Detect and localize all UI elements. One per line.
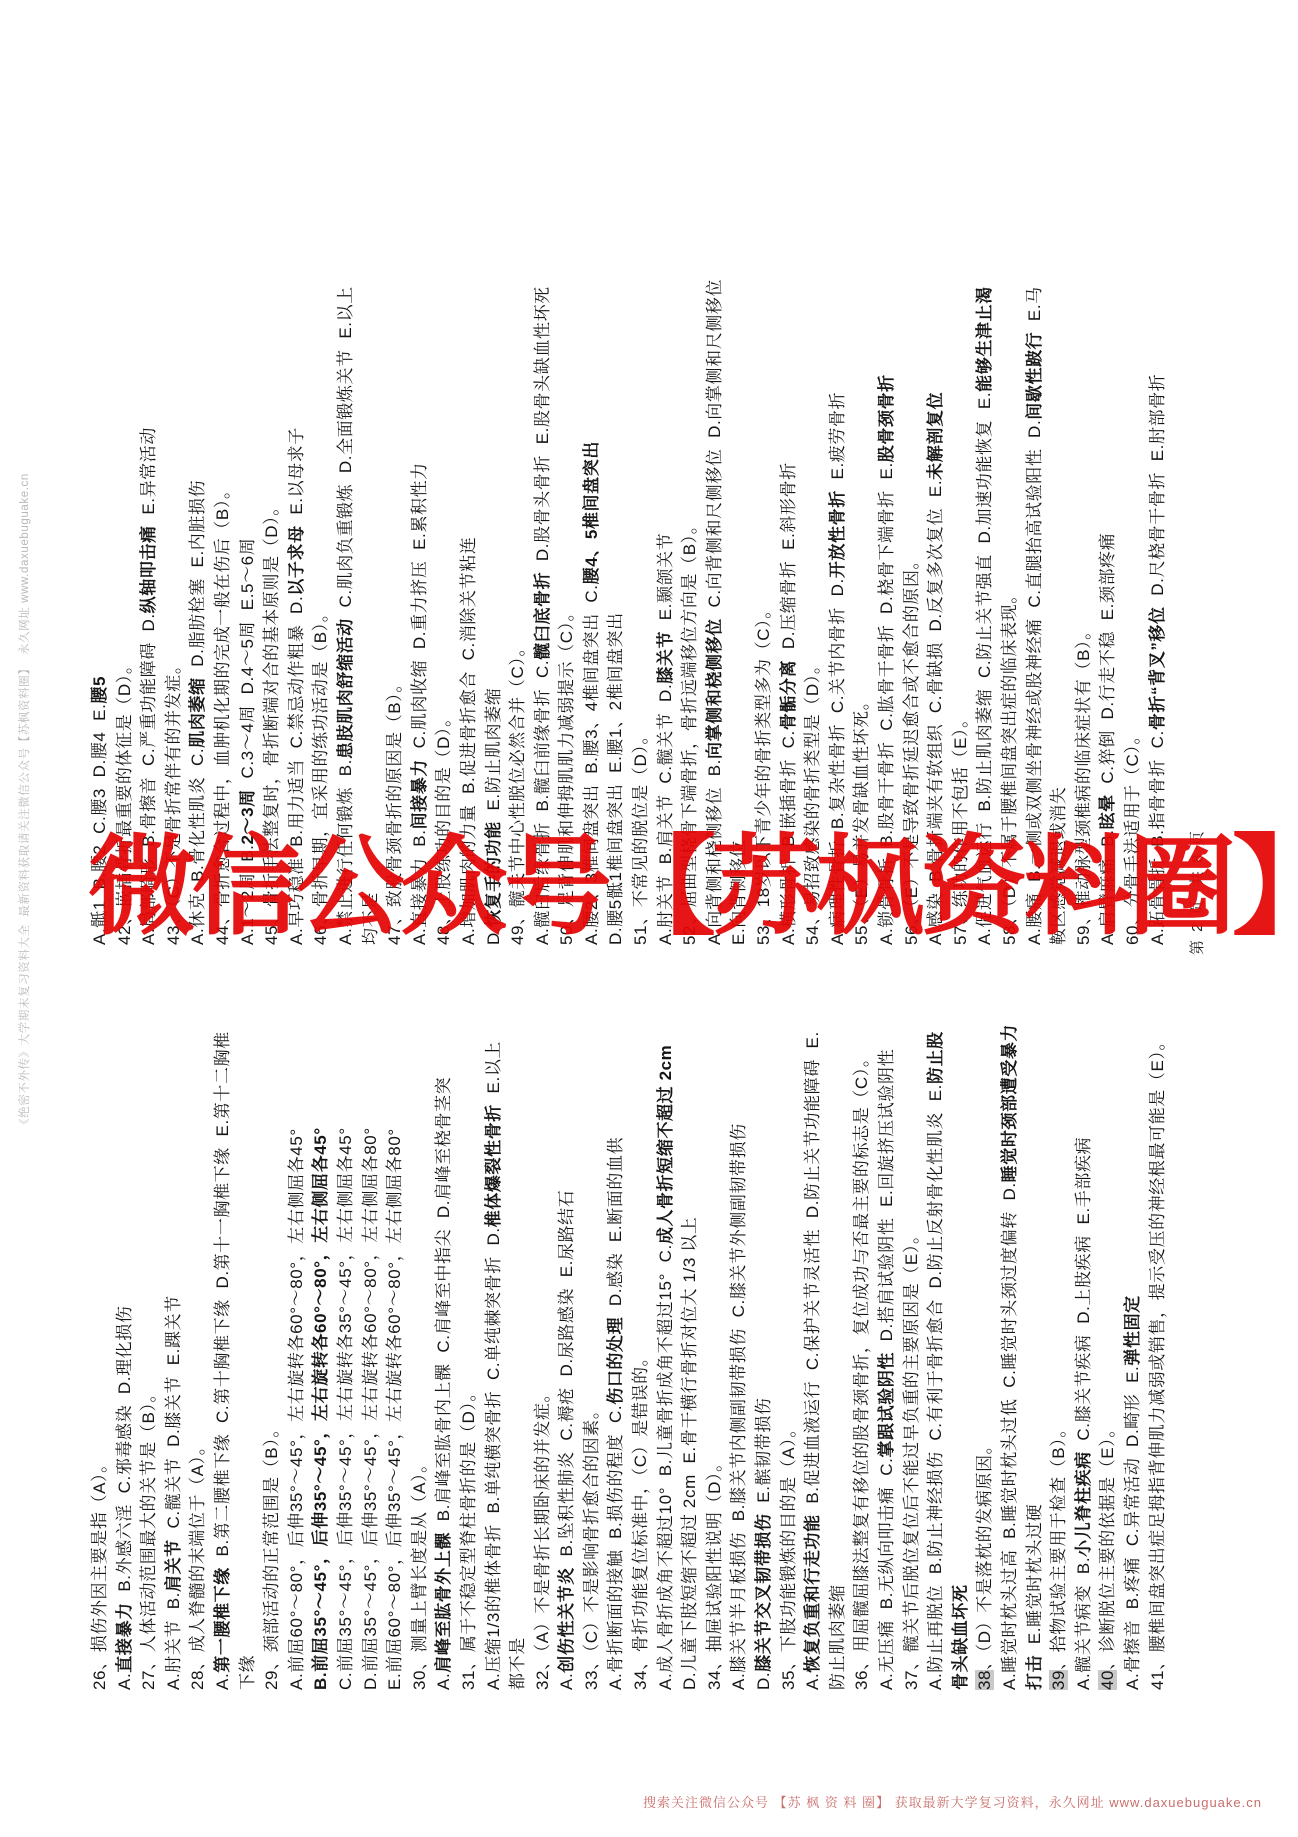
question-text: A.防止再脱位 B.防止神经损伤 C.有利于骨折愈合 D.防止反射骨化性肌炎 E… <box>926 1084 945 1690</box>
question-text: A. <box>557 1673 576 1690</box>
question-line: 36、用屈髋屈膝法整复有移位的股骨颈骨折，复位成功与否最主要的标志是（C）。 <box>850 1024 875 1690</box>
answer-text-bold: 睡觉时颈部遭受暴力 <box>1000 1024 1019 1182</box>
question-text: C.猝倒 D.行走不稳 E.颈部疼痛 <box>1098 533 1117 795</box>
question-text: 34、骨折功能复位标准中，（C）是错误的。 <box>631 1349 650 1690</box>
question-text: B.第二腰椎下缘 C.第十胸椎下缘 D.第十一胸椎下缘 E.第十二胸椎 <box>213 1031 232 1567</box>
question-line: 30、测量上臂长度是从（A）。 <box>408 1024 433 1690</box>
answer-text-bold: 骨骺分离 <box>779 660 798 730</box>
question-line: A.膝关节半月板损伤 B.膝关节内侧副韧带损伤 C.膝关节外侧副韧带损伤 <box>727 1024 752 1690</box>
answer-text-bold: 能够生津止渴 <box>975 286 994 392</box>
question-text: A. <box>434 1673 453 1690</box>
question-text: D.脂肪栓塞 E.内脏损伤 <box>188 480 207 678</box>
question-line: 31、属于不稳定型脊柱骨折的是（D）。 <box>457 1024 482 1690</box>
answer-text-bold: 伤口的处理 <box>606 1317 625 1405</box>
question-line: 26、损伤外因主要是指（A）。 <box>88 1024 113 1690</box>
question-text: D.感染 E.断面的血供 <box>606 1137 625 1317</box>
question-text: 防止肌肉萎缩 <box>828 1584 847 1690</box>
question-text: 28、成人脊髓的末端位于（A）。 <box>188 1438 207 1690</box>
question-text: 27、人体活动范围最大的关节是（B）。 <box>139 1385 158 1690</box>
question-text: 35、下肢功能锻炼的目的是（A）。 <box>779 1420 798 1690</box>
question-line: 都不是 <box>506 1024 531 1690</box>
question-text: B.促进血液运行 C.保护关节灵活性 D.防止关节功能障碍 E. <box>803 1031 822 1514</box>
question-line: B.前屈35°～45°，后伸35°～45°，左右旋转各60°～80°，左右侧屈各… <box>309 1024 334 1690</box>
question-text: 都不是 <box>508 1637 527 1690</box>
answer-text-bold: 间歇性跛行 <box>1025 332 1044 420</box>
question-line: D.前屈35°～45°，后伸35°～45°，左右旋转各60°～80°，左右侧屈各… <box>359 1024 384 1690</box>
question-text: C.向背侧和尺侧移位 D.向掌侧和尺侧移位 <box>705 279 724 618</box>
highlighted-number: 40 <box>1098 1670 1117 1690</box>
question-line: A.第一腰椎下缘 B.第二腰椎下缘 C.第十胸椎下缘 D.第十一胸椎下缘 E.第… <box>211 1024 236 1690</box>
highlighted-number: 39 <box>1049 1670 1068 1690</box>
question-line: A.髋关节病变 B.小儿脊柱疾病 C.膝关节疾病 D.上肢疾病 E.手部疾病 <box>1072 1024 1097 1690</box>
answer-text-bold: 创伤性关节炎 <box>557 1567 576 1673</box>
answer-text-bold: 开放性骨折 <box>828 490 847 578</box>
question-text: A.成人骨折成角不超过10° B.儿童骨折成角不超过15° C. <box>656 1244 675 1690</box>
answer-text-bold: 防止股 <box>926 1031 945 1084</box>
answer-text-bold: 患肢肌肉舒缩活动 <box>336 618 355 759</box>
question-text: C.肌肉收缩 D.重力挤压 E.累积性力 <box>410 462 429 759</box>
bottom-red-note: 搜索关注微信公众号 【苏 枫 资 料 圈】 获取最新大学复习资料，永久网址 ww… <box>643 1792 1262 1811</box>
question-text: E.疲劳骨折 <box>828 392 847 490</box>
question-text: A. <box>115 1673 134 1690</box>
question-line: 37、髋关节后脱位复位后不能过早负重的主要原因是（E）。 <box>900 1024 925 1690</box>
question-line: A.前屈60°～80°，后伸35°～45°，左右旋转各60°～80°，左右侧屈各… <box>285 1024 310 1690</box>
question-line: 32、（A）不是骨折长期卧床的并发症。 <box>531 1024 556 1690</box>
question-text: A.骨擦音 B.疼痛 C.异常活动 D.畸形 E. <box>1123 1366 1142 1690</box>
question-line: D.儿童下肢短缩不超过 2cm E.骨干横行骨折对位大 1/3 以上 <box>678 1024 703 1690</box>
question-line: A.骨折断面的接触 B.损伤的程度 C.伤口的处理 D.感染 E.断面的血供 <box>604 1024 629 1690</box>
answer-text-bold: 成人骨折短缩不超过 2cm <box>656 1045 675 1245</box>
question-text: 32、（A）不是骨折长期卧床的并发症。 <box>533 1385 552 1690</box>
question-text: D.儿童下肢短缩不超过 2cm E.骨干横行骨折对位大 1/3 以上 <box>680 1217 699 1690</box>
question-text: D.前屈35°～45°，后伸35°～45°，左右旋转各60°～80°，左右侧屈各… <box>361 1127 380 1690</box>
question-line: A.肘关节 B.肩关节 C.髋关节 D.膝关节 E.踝关节 <box>162 1024 187 1690</box>
question-text: E.以上 <box>484 1041 503 1104</box>
answer-text-bold: 股骨颈骨折 <box>877 374 896 462</box>
question-line: A.压缩1/3的椎体骨折 B.单纯横突骨折 C.单纯棘突骨折 D.椎体爆裂性骨折… <box>482 1024 507 1690</box>
question-line: 打击 E.睡觉时枕头过硬 <box>1023 1024 1048 1690</box>
question-text: A. <box>803 1673 822 1690</box>
question-text: E.异常活动 <box>139 427 158 525</box>
question-line: 下缘 <box>236 1024 261 1690</box>
answer-text-bold: 向掌侧和桡侧移位 <box>705 618 724 759</box>
question-line: A.睡觉时枕头过高 B.睡觉时枕头过低 C.睡觉时头颈过度偏转 D.睡觉时颈部遭… <box>998 1024 1023 1690</box>
answer-text-bold: 骨头缺血坏死 <box>951 1584 970 1690</box>
question-line: E.前屈60°～80°，后伸35°～45°，左右旋转各60°～80°，左右侧屈各… <box>383 1024 408 1690</box>
question-text: C.前屈35°～45°，后伸35°～45°，左右旋转各35°～45°，左右侧屈各… <box>336 1127 355 1690</box>
question-text: D. <box>754 1672 773 1690</box>
answer-text-bold: 打击 <box>1025 1655 1044 1690</box>
gray-source-watermark-text: 《绝密不外传》大学期末复习资料大全 最新资料获取请关注微信公众号【苏枫资料圈】 … <box>16 473 32 1130</box>
question-text: E.前屈60°～80°，后伸35°～45°，左右旋转各60°～80°，左右侧屈各… <box>385 1128 404 1690</box>
question-line: 39、拾物试验主要用于检查（B）。 <box>1047 1024 1072 1690</box>
answer-text-bold: 第一腰椎下缘 <box>213 1567 232 1673</box>
question-text: D.压缩骨折 E.斜形骨折 <box>779 462 798 660</box>
question-text: 33、（C）不是影响骨折愈合的因素。 <box>582 1402 601 1691</box>
question-text: 31、属于不稳定型脊柱骨折的是（D）。 <box>459 1384 478 1690</box>
question-text: E.髌韧带损伤 <box>754 1397 773 1513</box>
question-line: 28、成人脊髓的末端位于（A）。 <box>186 1024 211 1690</box>
question-line: A.恢复负重和行走功能 B.促进血液运行 C.保护关节灵活性 D.防止关节功能障… <box>801 1024 826 1690</box>
answer-text-bold: 掌跟试验阴性 <box>877 1352 896 1458</box>
question-column-left: 26、损伤外因主要是指（A）。A.直接暴力 B.外感六淫 C.邪毒感染 D.理化… <box>88 1024 1170 1690</box>
question-text: 下缘 <box>238 1655 257 1690</box>
answer-text-bold: 肩峰至肱骨外上髁 <box>434 1532 453 1673</box>
question-line: C.前屈35°～45°，后伸35°～45°，左右旋转各35°～45°，左右侧屈各… <box>334 1024 359 1690</box>
question-text: C.肌肉负重锻炼 D.全面锻炼关节 E.以上 <box>336 286 355 618</box>
question-line: 38、（D）不是落枕的发病原因。 <box>973 1024 998 1690</box>
question-text: 29、颈部活动的正常范围是（B）。 <box>262 1420 281 1690</box>
question-text: A.睡觉时枕头过高 B.睡觉时枕头过低 C.睡觉时头颈过度偏转 D. <box>1000 1182 1019 1690</box>
answer-text-bold: 纵轴叩击痛 <box>139 525 158 613</box>
answer-text-bold: 腰4、5椎间盘突出 <box>582 441 601 584</box>
question-line: A.肩峰至肱骨外上髁 B.肩峰至肱骨内上髁 C.肩峰至中指尖 D.肩峰至桡骨茎突 <box>432 1024 457 1690</box>
question-line: 29、颈部活动的正常范围是（B）。 <box>260 1024 285 1690</box>
question-line: 防止肌肉萎缩 <box>826 1024 851 1690</box>
question-text: E.马 <box>1025 286 1044 332</box>
question-line: 41、腰椎间盘突出症足拇指背伸肌力减弱或销售，提示受压的神经根最可能是（E）。 <box>1146 1024 1171 1690</box>
question-line: 骨头缺血坏死 <box>949 1024 974 1690</box>
answer-text-bold: 以子求母 <box>287 525 306 595</box>
question-text: A.无压痛 B.无纵向叩击痛 C. <box>877 1458 896 1690</box>
answer-text-bold: 肩关节 <box>164 1539 183 1592</box>
question-text: E.睡觉时枕头过硬 <box>1025 1504 1044 1655</box>
question-text: D.股骨头骨折 E.股骨头缺血性坏死 <box>533 286 552 572</box>
question-text: C.膝关节疾病 D.上肢疾病 E.手部疾病 <box>1074 1137 1093 1451</box>
question-text: A.肘关节 B. <box>164 1592 183 1690</box>
question-text: A.压缩1/3的椎体骨折 B.单纯横突骨折 C.单纯棘突骨折 D. <box>484 1227 503 1690</box>
question-line: A.直接暴力 B.外感六淫 C.邪毒感染 D.理化损伤 <box>113 1024 138 1690</box>
question-line: D.膝关节交叉韧带损伤 E.髌韧带损伤 <box>752 1024 777 1690</box>
highlighted-number: 38 <box>975 1670 994 1690</box>
answer-text-bold: B.前屈35°～45°，后伸35°～45°，左右旋转各60°～80°，左右侧屈各… <box>311 1127 330 1690</box>
question-line: A.成人骨折成角不超过10° B.儿童骨折成角不超过15° C.成人骨折短缩不超… <box>654 1024 679 1690</box>
question-text: A. <box>213 1673 232 1690</box>
question-line: 33、（C）不是影响骨折愈合的因素。 <box>580 1024 605 1690</box>
answer-text-bold: 弹性固定 <box>1123 1295 1142 1365</box>
question-text: D.搭肩试验阴性 E.回旋挤压试验阴性 <box>877 1049 896 1352</box>
question-text: 41、腰椎间盘突出症足拇指背伸肌力减弱或销售，提示受压的神经根最可能是（E）。 <box>1148 1033 1167 1690</box>
question-line: 34、抽屉试验阳性说明（D）。 <box>703 1024 728 1690</box>
answer-text-bold: 小儿脊柱疾病 <box>1074 1451 1093 1557</box>
answer-text-bold: 恢复负重和行走功能 <box>803 1514 822 1672</box>
question-text: E.颞颌关节 <box>656 533 675 631</box>
answer-text-bold: 未解剖复位 <box>926 392 945 480</box>
question-text: 36、用屈髋屈膝法整复有移位的股骨颈骨折，复位成功与否最主要的标志是（C）。 <box>852 1050 871 1690</box>
scanned-exam-page: 《绝密不外传》大学期末复习资料大全 最新资料获取请关注微信公众号【苏枫资料圈】 … <box>0 0 1298 1837</box>
question-line: 40、诊断脱位主要的依据是（E）。 <box>1096 1024 1121 1690</box>
question-text: D.尺桡骨干骨折 E.肘部骨折 <box>1148 374 1167 607</box>
question-text: C.3～4周 D.4～5周 E.5～6周 <box>238 538 257 790</box>
question-line: A.骨擦音 B.疼痛 C.异常活动 D.畸形 E.弹性固定 <box>1121 1024 1146 1690</box>
question-text: 37、髋关节后脱位复位后不能过早负重的主要原因是（E）。 <box>902 1226 921 1690</box>
question-line: A.无压痛 B.无纵向叩击痛 C.掌跟试验阴性 D.搭肩试验阴性 E.回旋挤压试… <box>875 1024 900 1690</box>
question-text: C.髋关节 D.膝关节 E.踝关节 <box>164 1295 183 1539</box>
answer-text-bold: 腰5 <box>90 676 109 704</box>
question-text: A.髋关节病变 B. <box>1074 1557 1093 1690</box>
question-text: E.以母求子 <box>287 427 306 525</box>
question-text: B.坠积性肺炎 C.褥疮 D.尿路感染 E.尿路结石 <box>557 1190 576 1568</box>
question-text: 30、测量上臂长度是从（A）。 <box>410 1455 429 1690</box>
answer-text-bold: 髋臼底骨折 <box>533 572 552 660</box>
answer-text-bold: 骨折“背叉”移位 <box>1148 606 1167 730</box>
question-text: A.膝关节半月板损伤 B.膝关节内侧副韧带损伤 C.膝关节外侧副韧带损伤 <box>729 1123 748 1690</box>
question-text: B.肩峰至肱骨内上髁 C.肩峰至中指尖 D.肩峰至桡骨茎突 <box>434 1077 453 1532</box>
answer-text-bold: 膝关节交叉韧带损伤 <box>754 1513 773 1671</box>
answer-text-bold: 肌肉萎缩 <box>188 677 207 747</box>
question-line: 34、骨折功能复位标准中，（C）是错误的。 <box>629 1024 654 1690</box>
question-text: 26、损伤外因主要是指（A）。 <box>90 1455 109 1690</box>
answer-text-bold: 椎体爆裂性骨折 <box>484 1104 503 1227</box>
question-line: A.创伤性关节炎 B.坠积性肺炎 C.褥疮 D.尿路感染 E.尿路结石 <box>555 1024 580 1690</box>
question-text: A.前屈60°～80°，后伸35°～45°，左右旋转各60°～80°，左右侧屈各… <box>287 1128 306 1690</box>
red-wechat-watermark: 微信公众号【苏枫资料圈】 <box>88 800 1298 955</box>
answer-text-bold: 直接暴力 <box>115 1602 134 1672</box>
question-line: A.防止再脱位 B.防止神经损伤 C.有利于骨折愈合 D.防止反射骨化性肌炎 E… <box>924 1024 949 1690</box>
question-text: B.外感六淫 C.邪毒感染 D.理化损伤 <box>115 1306 134 1603</box>
question-text: 34、抽屉试验阳性说明（D）。 <box>705 1454 724 1690</box>
answer-text-bold: 膝关节 <box>656 631 675 684</box>
question-text: A.骨折断面的接触 B.损伤的程度 C. <box>606 1405 625 1690</box>
question-text: 、诊断脱位主要的依据是（E）。 <box>1098 1420 1117 1670</box>
question-line: 35、下肢功能锻炼的目的是（A）。 <box>777 1024 802 1690</box>
question-text: 、（D）不是落枕的发病原因。 <box>975 1437 994 1670</box>
question-text: 、拾物试验主要用于检查（B）。 <box>1049 1420 1068 1670</box>
question-line: 27、人体活动范围最大的关节是（B）。 <box>137 1024 162 1690</box>
